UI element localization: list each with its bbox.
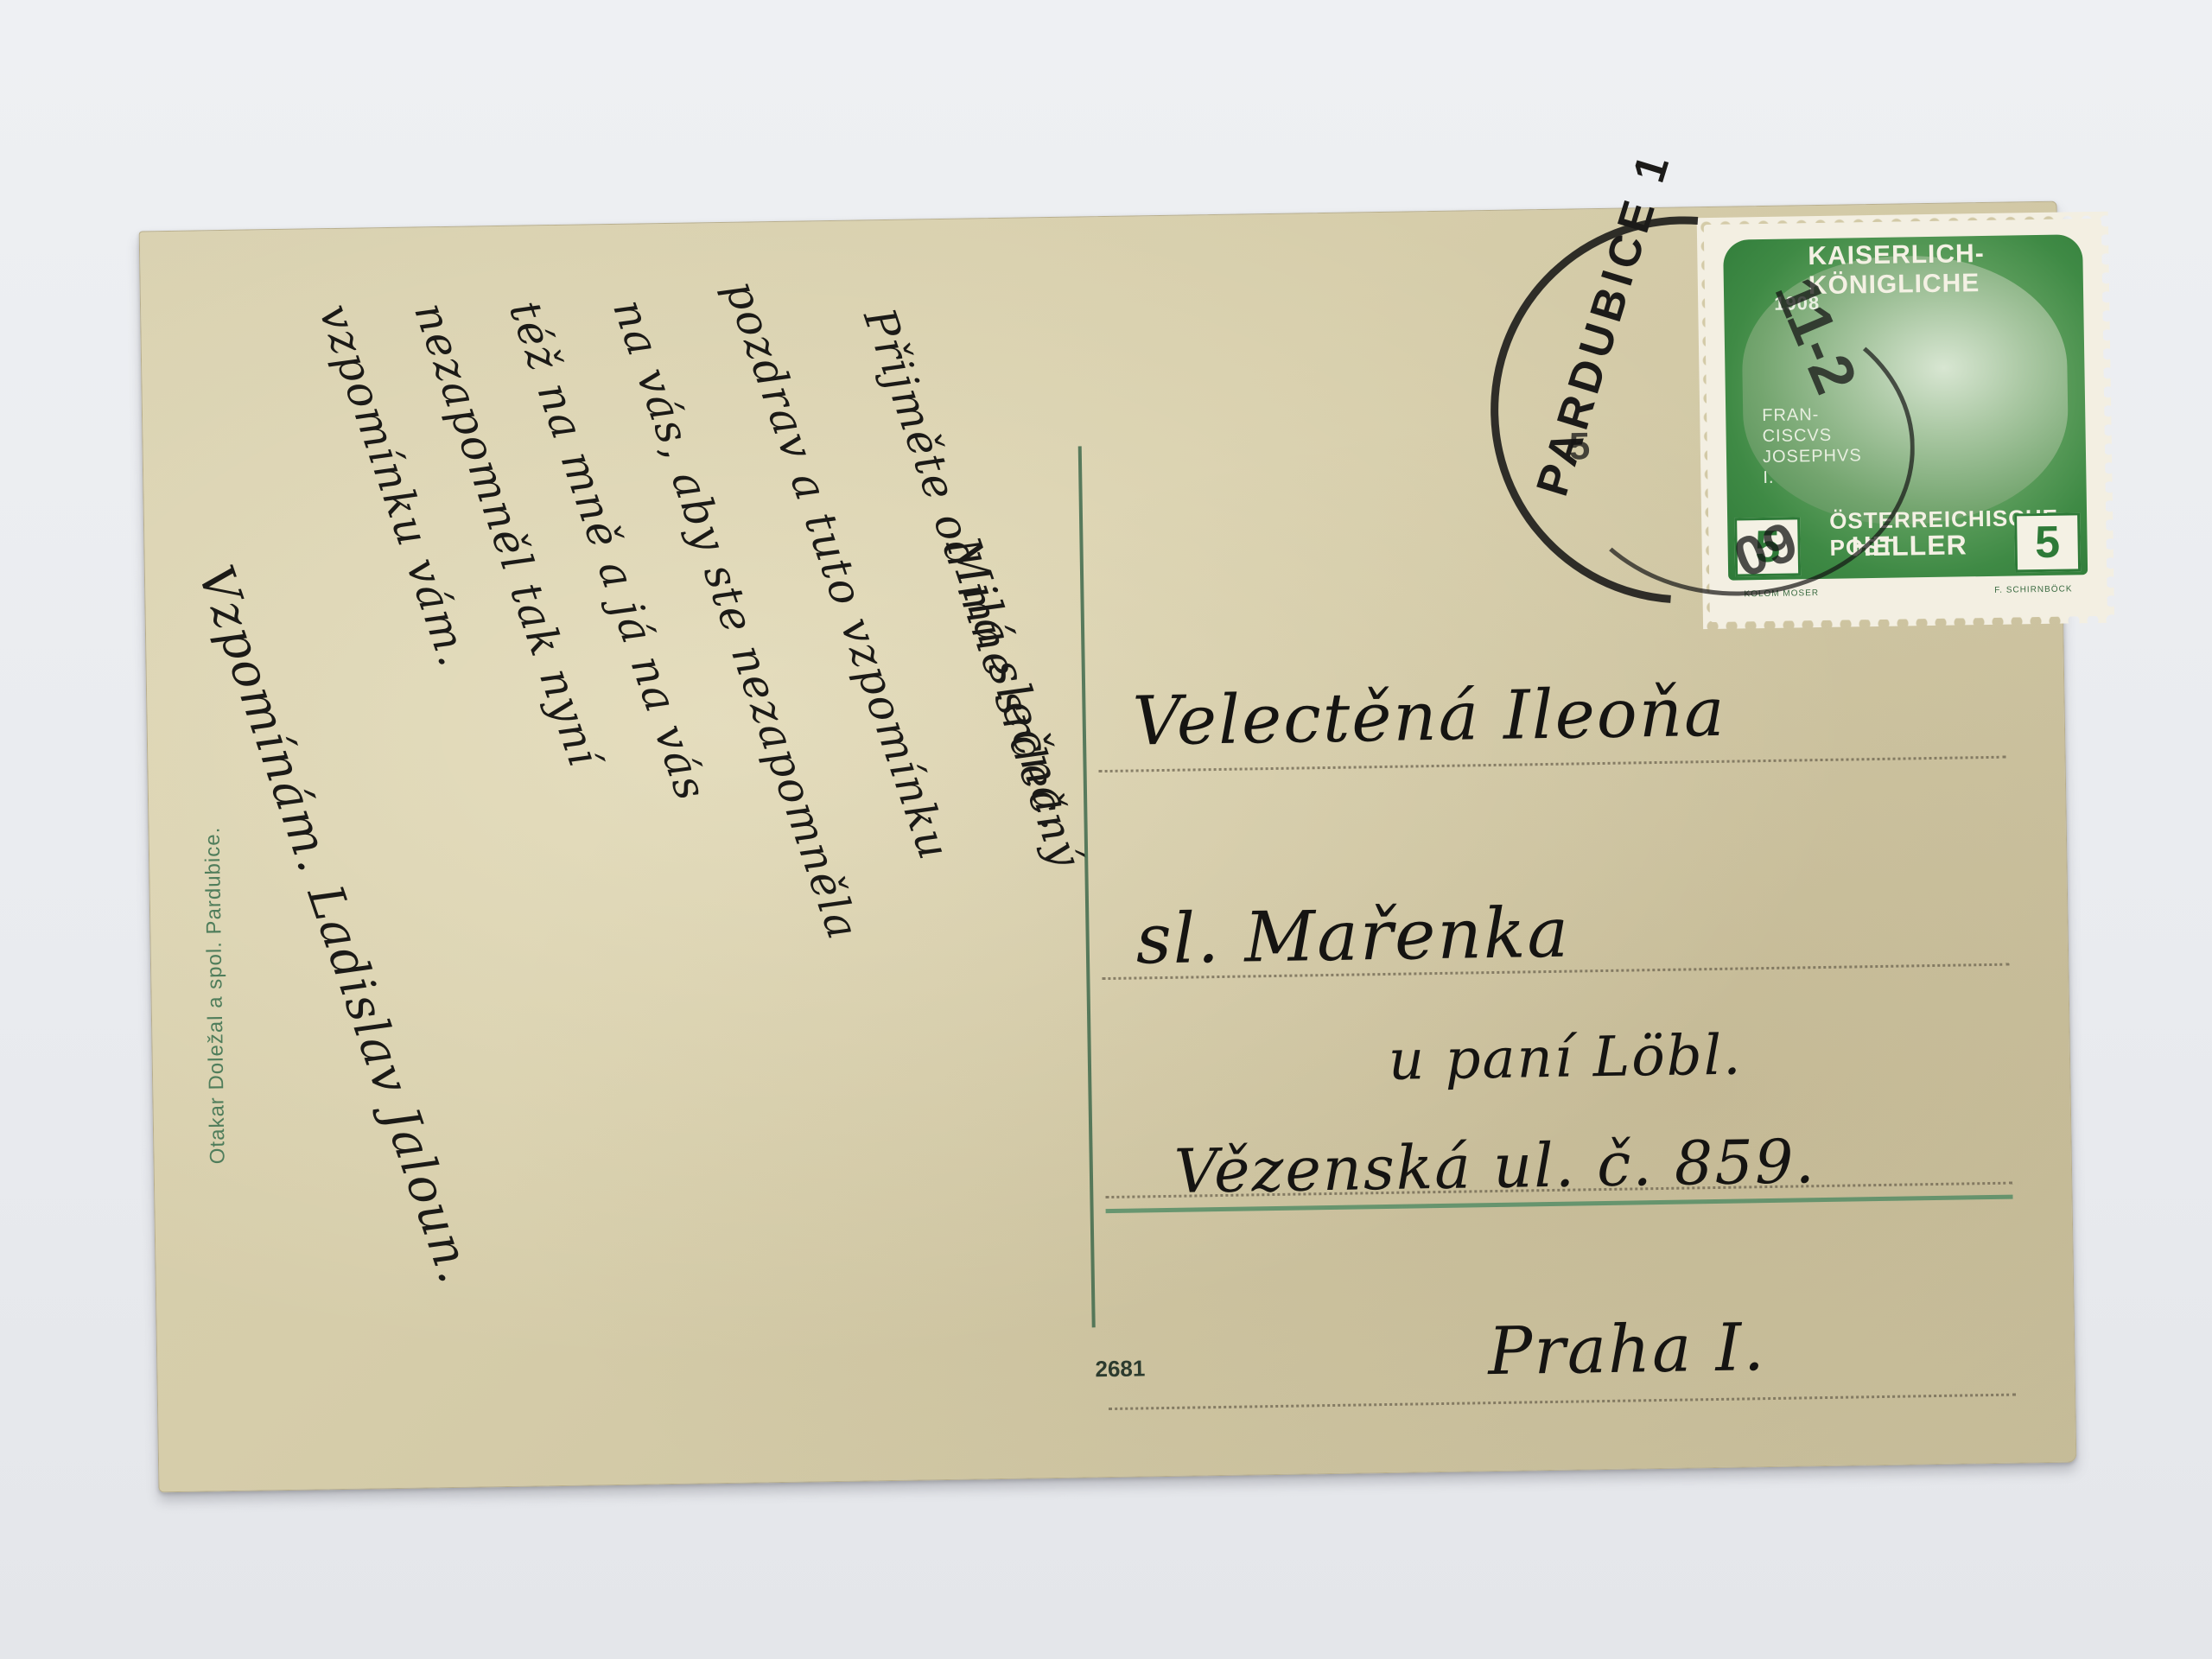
serial-number: 2681 <box>1095 1355 1145 1382</box>
center-divider <box>1078 446 1096 1327</box>
postcard: Otakar Doležal a spol. Pardubice. Milá s… <box>139 201 2077 1493</box>
address-line-4: Vězenská ul. č. 859. <box>1173 1126 1816 1207</box>
message-line: pozdrav a tuto vzpomínku <box>715 274 960 867</box>
address-rule <box>1109 1394 2016 1410</box>
publisher-imprint: Otakar Doležal a spol. Pardubice. <box>201 827 231 1165</box>
stamp-top-text: KAISERLICH-KÖNIGLICHE <box>1808 238 2102 301</box>
address-line-2: sl. Mařenka <box>1135 893 1571 980</box>
address-line-5: Praha I. <box>1488 1308 1767 1389</box>
stamp-value-right: 5 <box>2014 512 2081 572</box>
address-line-3: u paní Löbl. <box>1388 1023 1743 1092</box>
stamp-engraver: F. SCHIRNBÖCK <box>1994 584 2072 594</box>
address-line-1: Velectěná Ileoňa <box>1132 674 1726 761</box>
